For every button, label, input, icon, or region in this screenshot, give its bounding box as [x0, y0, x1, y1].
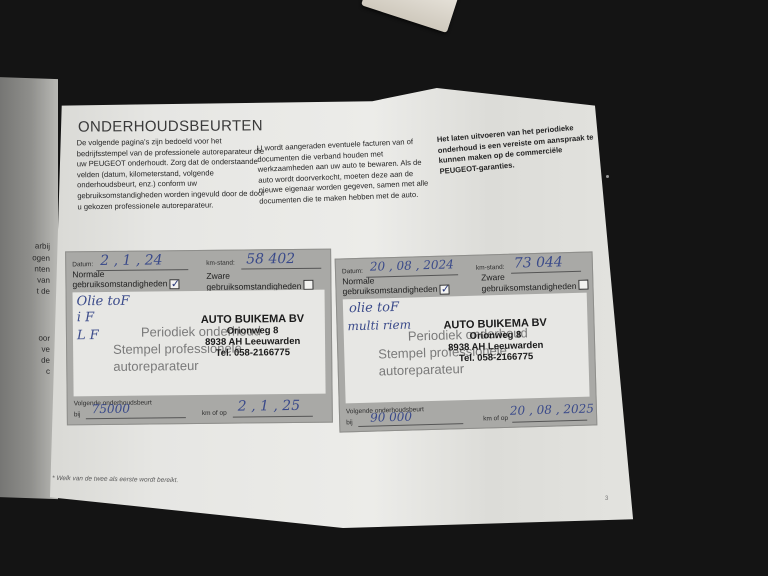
heavy-label: Zware: [206, 271, 230, 281]
page-title: ONDERHOUDSBEURTEN: [78, 117, 263, 135]
normal-label-2: gebruiksomstandigheden ✓: [342, 283, 450, 297]
next-km-value: 75000: [92, 402, 130, 416]
stamp-area: olie toF multi riem Periodiek onderhoud …: [343, 293, 590, 404]
by-label: bij: [74, 410, 81, 420]
note-line: L F: [77, 328, 99, 343]
left-page-text: de: [41, 355, 50, 366]
intro-text-middle: U wordt aangeraden eventuele facturen va…: [257, 136, 435, 207]
normal-label-2: gebruiksomstandigheden ✓: [72, 278, 179, 290]
km-value: 73 044: [514, 254, 563, 271]
left-page-text: nten: [34, 263, 50, 275]
service-entry-2: Datum: 20 , 08 , 2024 km-stand: 73 044 N…: [335, 251, 598, 432]
heavy-checkbox[interactable]: [304, 280, 314, 290]
page-mark: [606, 175, 609, 178]
intro-text-left: De volgende pagina's zijn bedoeld voor h…: [76, 136, 267, 213]
normal-checkbox[interactable]: ✓: [440, 284, 450, 294]
left-page-text: arbij: [35, 240, 50, 252]
garage-stamp: AUTO BUIKEMA BV Orionweg 8 8938 AH Leeuw…: [443, 318, 547, 365]
left-page-text: oor: [38, 333, 50, 344]
left-page-text: t de: [37, 285, 50, 296]
heavy-label: Zware: [481, 272, 505, 283]
date-value: 20 , 08 , 2024: [370, 257, 454, 273]
garage-stamp: AUTO BUIKEMA BV Orionweg 8 8938 AH Leeuw…: [201, 314, 305, 359]
left-page-text: ogen: [32, 252, 50, 264]
note-line: i F: [77, 310, 94, 325]
km-or-on-label: km of op: [202, 409, 227, 419]
page-number: 3: [605, 496, 608, 502]
next-date-value: 20 , 08 , 2025: [510, 401, 594, 417]
booklet-corner: [361, 0, 459, 33]
date-value: 2 , 1 , 24: [100, 252, 163, 269]
left-page-text: van: [37, 274, 50, 285]
normal-label: Normale: [72, 269, 104, 279]
note-line: Olie toF: [77, 294, 130, 310]
next-km-value: 90 000: [370, 410, 412, 425]
normal-checkbox[interactable]: ✓: [170, 279, 180, 289]
left-page: arbij ogen nten van t de oor ve de c: [0, 77, 58, 499]
km-value: 58 402: [246, 251, 295, 268]
stamp-area: Olie toF i F L F Periodiek onderhoud Ste…: [73, 290, 326, 397]
left-page-text: ve: [42, 344, 50, 355]
km-or-on-label: km of op: [483, 414, 508, 425]
note-line: olie toF: [349, 300, 399, 316]
heavy-checkbox[interactable]: [579, 280, 589, 290]
left-page-text: c: [46, 366, 50, 377]
by-label: bij: [346, 418, 353, 428]
km-label: km-stand:: [206, 259, 235, 269]
service-entry-1: Datum: 2 , 1 , 24 km-stand: 58 402 Norma…: [65, 249, 333, 426]
next-date-value: 2 , 1 , 25: [238, 398, 301, 415]
heavy-label-2: gebruiksomstandigheden: [481, 280, 589, 294]
note-line: multi riem: [347, 318, 411, 334]
